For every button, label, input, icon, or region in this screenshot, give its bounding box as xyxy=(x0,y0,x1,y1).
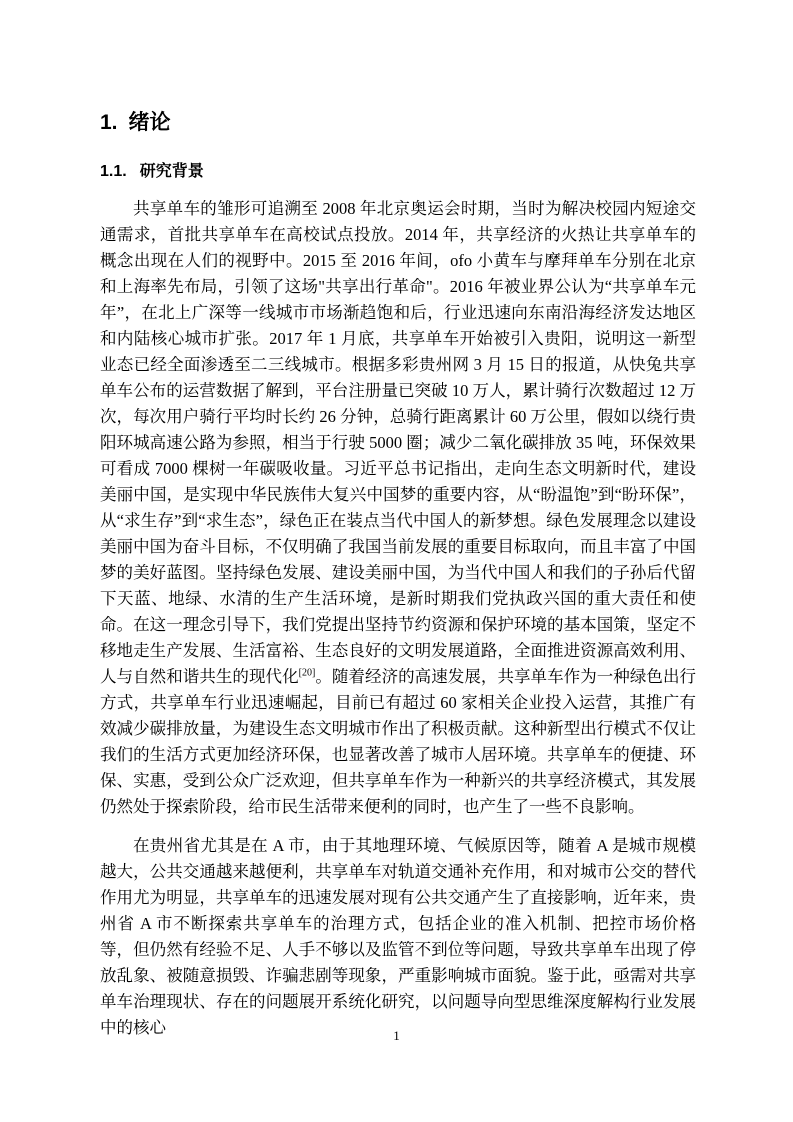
citation-reference: [20] xyxy=(299,668,316,679)
paragraph-research-background-2: 在贵州省尤其是在 A 市，由于其地理环境、气候原因等，随着 A 是城市规模越大，… xyxy=(100,833,696,1041)
paragraph-text: 。随着经济的高速发展，共享单车作为一种绿色出行方式，共享单车行业迅速崛起，目前已… xyxy=(100,667,696,816)
paragraph-text: 在贵州省尤其是在 A 市，由于其地理环境、气候原因等，随着 A 是城市规模越大，… xyxy=(100,836,696,1037)
subsection-heading: 1.1.研究背景 xyxy=(100,162,696,182)
document-page: 1.绪论 1.1.研究背景 共享单车的雏形可追溯至 2008 年北京奥运会时期，… xyxy=(0,0,793,1122)
section-number: 1. xyxy=(100,111,118,134)
page-number: 1 xyxy=(0,1028,793,1044)
paragraph-research-background-1: 共享单车的雏形可追溯至 2008 年北京奥运会时期，当时为解决校园内短途交通需求… xyxy=(100,196,696,820)
paragraph-text: 共享单车的雏形可追溯至 2008 年北京奥运会时期，当时为解决校园内短途交通需求… xyxy=(100,199,696,686)
subsection-number: 1.1. xyxy=(100,163,127,180)
subsection-title: 研究背景 xyxy=(140,163,204,180)
page-content: 1.绪论 1.1.研究背景 共享单车的雏形可追溯至 2008 年北京奥运会时期，… xyxy=(100,108,696,1041)
section-heading: 1.绪论 xyxy=(100,108,696,138)
section-title: 绪论 xyxy=(129,111,171,134)
